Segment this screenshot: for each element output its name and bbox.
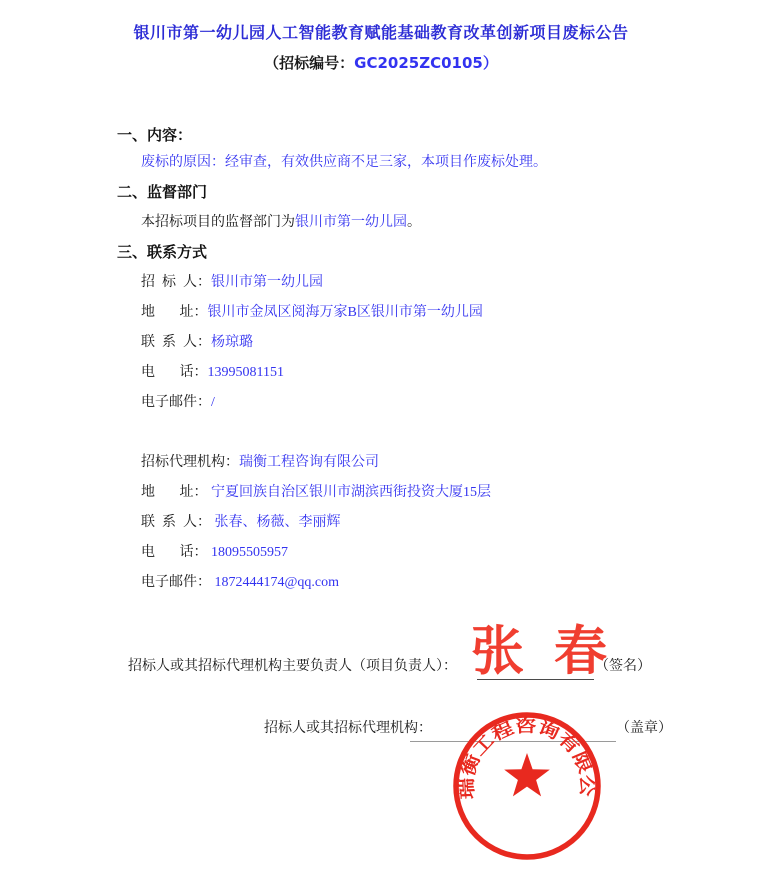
tender-code-line: （招标编号：GC2025ZC0105） bbox=[0, 54, 762, 73]
announcement-document: 银川市第一幼儿园人工智能教育赋能基础教育改革创新项目废标公告 （招标编号：GC2… bbox=[0, 0, 762, 884]
section-2-heading: 二、监督部门 bbox=[117, 183, 207, 202]
section-3-heading: 三、联系方式 bbox=[117, 243, 207, 262]
supervision-org: 银川市第一幼儿园 bbox=[295, 215, 407, 230]
cancellation-reason: 废标的原因：经审查，有效供应商不足三家，本项目作废标处理。 bbox=[141, 153, 547, 172]
agency-address-label: 地 址： bbox=[141, 485, 208, 500]
agency-name-label: 招标代理机构： bbox=[141, 455, 239, 470]
agency-name-value: 瑞衡工程咨询有限公司 bbox=[239, 455, 379, 470]
stamp-line-label: 招标人或其招标代理机构： bbox=[264, 719, 432, 738]
tenderer-address-label: 地 址： bbox=[141, 305, 208, 320]
agency-phone-label: 电 话： bbox=[141, 545, 208, 560]
tenderer-name-row: 招 标 人：银川市第一幼儿园 bbox=[141, 273, 323, 292]
page-title: 银川市第一幼儿园人工智能教育赋能基础教育改革创新项目废标公告 bbox=[0, 23, 762, 42]
tenderer-address-value: 银川市金凤区阅海万家B区银川市第一幼儿园 bbox=[208, 305, 483, 320]
tenderer-phone-label: 电 话： bbox=[141, 365, 208, 380]
agency-address-row: 地 址： 宁夏回族自治区银川市湖滨西街投资大厦15层 bbox=[141, 483, 491, 502]
supervision-suffix: 。 bbox=[407, 215, 421, 230]
tenderer-email-label: 电子邮件： bbox=[141, 395, 211, 410]
tenderer-contact-label: 联 系 人： bbox=[141, 335, 211, 350]
tenderer-name-label: 招 标 人： bbox=[141, 275, 211, 290]
agency-contact-row: 联 系 人： 张春、杨薇、李丽辉 bbox=[141, 513, 341, 532]
agency-email-value: 1872444174@qq.com bbox=[211, 575, 339, 590]
supervision-prefix: 本招标项目的监督部门为 bbox=[141, 215, 295, 230]
tender-code-value: GC2025ZC0105） bbox=[354, 54, 498, 72]
tender-code-label: （招标编号： bbox=[264, 54, 354, 72]
stamp-suffix: （盖章） bbox=[616, 719, 672, 738]
agency-address-value: 宁夏回族自治区银川市湖滨西街投资大厦15层 bbox=[208, 485, 492, 500]
signature-line-label: 招标人或其招标代理机构主要负责人（项目负责人）： bbox=[128, 657, 457, 676]
agency-contact-label: 联 系 人： bbox=[141, 515, 211, 530]
tenderer-phone-row: 电 话：13995081151 bbox=[141, 363, 284, 382]
supervision-line: 本招标项目的监督部门为银川市第一幼儿园。 bbox=[141, 213, 421, 232]
agency-email-label: 电子邮件： bbox=[141, 575, 211, 590]
tenderer-contact-value: 杨琼璐 bbox=[211, 335, 253, 350]
section-1-heading: 一、内容： bbox=[117, 126, 192, 145]
agency-phone-row: 电 话： 18095505957 bbox=[141, 543, 288, 562]
agency-phone-value: 18095505957 bbox=[208, 545, 289, 560]
agency-name-row: 招标代理机构：瑞衡工程咨询有限公司 bbox=[141, 453, 379, 472]
tenderer-phone-value: 13995081151 bbox=[208, 365, 284, 380]
agency-contact-value: 张春、杨薇、李丽辉 bbox=[211, 515, 341, 530]
tenderer-email-row: 电子邮件：/ bbox=[141, 393, 215, 412]
agency-email-row: 电子邮件： 1872444174@qq.com bbox=[141, 573, 339, 592]
handwritten-signature: 张春 bbox=[471, 624, 637, 680]
tenderer-name-value: 银川市第一幼儿园 bbox=[211, 275, 323, 290]
tenderer-email-value: / bbox=[211, 395, 215, 410]
company-seal: 瑞衡工程咨询有限公司 bbox=[447, 706, 609, 870]
tenderer-address-row: 地 址：银川市金凤区阅海万家B区银川市第一幼儿园 bbox=[141, 303, 483, 322]
tenderer-contact-row: 联 系 人：杨琼璐 bbox=[141, 333, 253, 352]
star-icon bbox=[504, 753, 550, 796]
